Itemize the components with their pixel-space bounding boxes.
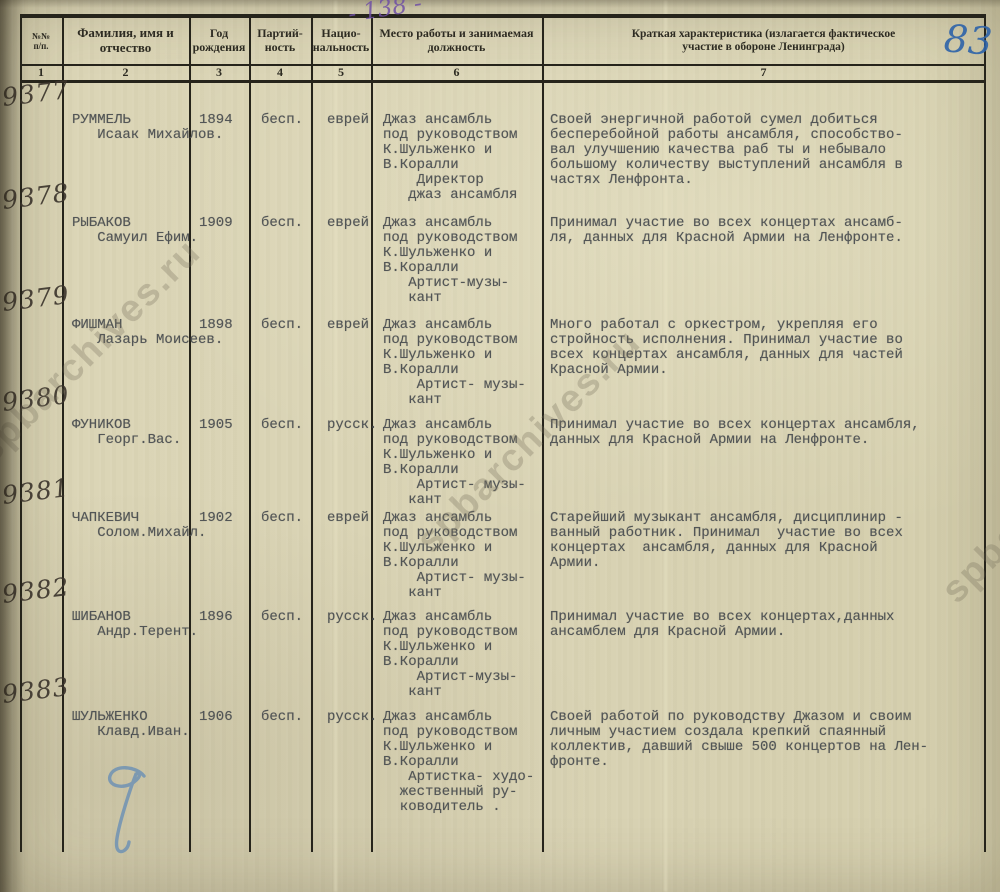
column-number: 3 bbox=[189, 65, 249, 80]
column-number: 6 bbox=[371, 65, 542, 80]
cell-party: бесп. bbox=[249, 680, 311, 855]
scanned-document-page: №№ п/п. Фамилия, имя и отчество Год рожд… bbox=[0, 0, 1000, 892]
handwritten-blue-mark bbox=[98, 762, 162, 867]
table-row: 9379 ФИШМАН Лазарь Моисеев. 1898 бесп. е… bbox=[20, 288, 986, 388]
header-birth-year: Год рождения bbox=[189, 18, 249, 64]
header-party: Партий- ность bbox=[249, 18, 311, 64]
cell-nationality: русск. bbox=[311, 680, 371, 855]
column-number: 4 bbox=[249, 65, 311, 80]
cell-birth-year: 1894 bbox=[189, 83, 249, 203]
table-row: 9378 РЫБАКОВ Самуил Ефим. 1909 бесп. евр… bbox=[20, 186, 986, 288]
header-characteristic: Краткая характеристика (излагается факти… bbox=[542, 18, 985, 64]
cell-workplace: Джаз ансамбль под руководством К.Шульжен… bbox=[371, 680, 542, 855]
column-number: 7 bbox=[542, 65, 985, 80]
column-number: 5 bbox=[311, 65, 371, 80]
table-row: 9381 ЧАПКЕВИЧ Солом.Михайл. 1902 бесп. е… bbox=[20, 481, 986, 580]
blue-pencil-flourish-icon bbox=[98, 762, 162, 862]
header-row-number: №№ п/п. bbox=[20, 18, 62, 64]
table-row: 9383 ШУЛЬЖЕНКО Клавд.Иван. 1906 бесп. ру… bbox=[20, 680, 986, 855]
table-row: 9377 РУММЕЛЬ Исаак Михайлов. 1894 бесп. … bbox=[20, 83, 986, 186]
table-row: 9382 ШИБАНОВ Андр.Терент. 1896 бесп. рус… bbox=[20, 580, 986, 680]
cell-nationality: еврей bbox=[311, 83, 371, 203]
cell-characteristic: Своей работой по руководству Джазом и св… bbox=[542, 680, 985, 855]
table-column-numbers: 1 2 3 4 5 6 7 bbox=[20, 65, 986, 80]
header-full-name: Фамилия, имя и отчество bbox=[62, 18, 189, 64]
header-workplace: Место работы и занимаемая должность bbox=[371, 18, 542, 64]
handwritten-corner-page-number: 83 bbox=[943, 16, 994, 63]
cell-birth-year: 1906 bbox=[189, 680, 249, 855]
cell-characteristic: Своей энергичной работой сумел добиться … bbox=[542, 83, 985, 203]
table-row: 9380 ФУНИКОВ Георг.Вас. 1905 бесп. русск… bbox=[20, 388, 986, 481]
cell-party: бесп. bbox=[249, 83, 311, 203]
column-number: 2 bbox=[62, 65, 189, 80]
scan-edge-shadow bbox=[0, 0, 1000, 8]
scan-binding-shadow bbox=[0, 0, 26, 892]
cell-workplace: Джаз ансамбль под руководством К.Шульжен… bbox=[371, 83, 542, 203]
cell-full-name: РУММЕЛЬ Исаак Михайлов. bbox=[62, 83, 189, 203]
table-header-row: №№ п/п. Фамилия, имя и отчество Год рожд… bbox=[20, 18, 986, 64]
record-table-body: 9377 РУММЕЛЬ Исаак Михайлов. 1894 бесп. … bbox=[20, 83, 986, 855]
